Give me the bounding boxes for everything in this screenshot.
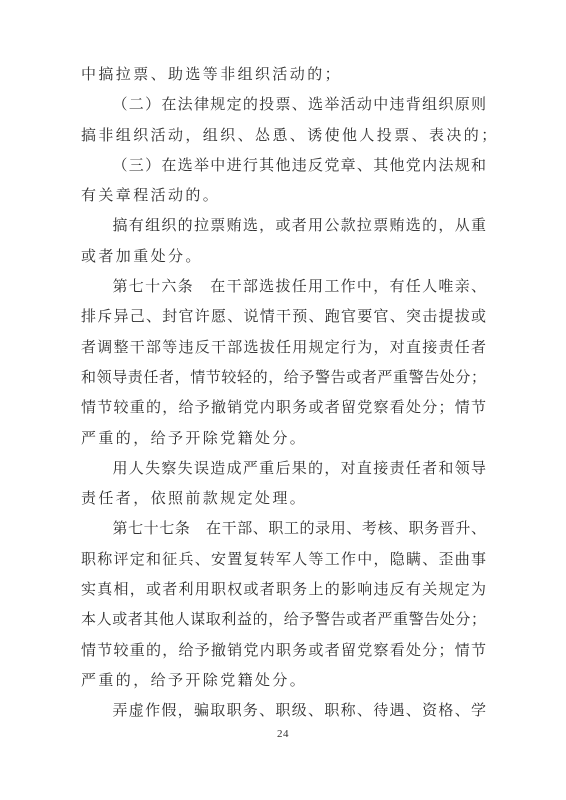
text-line: 或者加重处分。 (81, 242, 486, 272)
text-line: 情节较重的，给予撤销党内职务或者留党察看处分；情节 (81, 393, 486, 423)
text-line: 严重的，给予开除党籍处分。 (81, 666, 486, 696)
document-page: 中搞拉票、助选等非组织活动的； （二）在法律规定的投票、选举活动中违背组织原则 … (0, 0, 566, 800)
text-line: 实真相，或者利用职权或者职务上的影响违反有关规定为 (81, 575, 486, 605)
text-line: 第七十六条 在干部选拔任用工作中，有任人唯亲、 (81, 272, 486, 302)
text-line: （三）在选举中进行其他违反党章、其他党内法规和 (81, 151, 486, 181)
text-line: 和领导责任者，情节较轻的，给予警告或者严重警告处分； (81, 363, 486, 393)
body-text: 中搞拉票、助选等非组织活动的； （二）在法律规定的投票、选举活动中违背组织原则 … (81, 60, 486, 727)
text-line: 严重的，给予开除党籍处分。 (81, 424, 486, 454)
text-line: 搞非组织活动，组织、怂恿、诱使他人投票、表决的； (81, 121, 486, 151)
text-line: 第七十七条 在干部、职工的录用、考核、职务晋升、 (81, 514, 486, 544)
text-line: 职称评定和征兵、安置复转军人等工作中，隐瞒、歪曲事 (81, 545, 486, 575)
page-number: 24 (0, 728, 566, 740)
text-line: 用人失察失误造成严重后果的，对直接责任者和领导 (81, 454, 486, 484)
text-line: 搞有组织的拉票贿选，或者用公款拉票贿选的，从重 (81, 211, 486, 241)
text-line: 有关章程活动的。 (81, 181, 486, 211)
text-line: 中搞拉票、助选等非组织活动的； (81, 60, 486, 90)
text-line: （二）在法律规定的投票、选举活动中违背组织原则 (81, 90, 486, 120)
text-line: 排斥异己、封官许愿、说情干预、跑官要官、突击提拔或 (81, 302, 486, 332)
text-line: 本人或者其他人谋取利益的，给予警告或者严重警告处分； (81, 605, 486, 635)
text-line: 情节较重的，给予撤销党内职务或者留党察看处分；情节 (81, 636, 486, 666)
text-line: 弄虚作假，骗取职务、职级、职称、待遇、资格、学 (81, 696, 486, 726)
text-line: 责任者，依照前款规定处理。 (81, 484, 486, 514)
text-line: 者调整干部等违反干部选拔任用规定行为，对直接责任者 (81, 333, 486, 363)
